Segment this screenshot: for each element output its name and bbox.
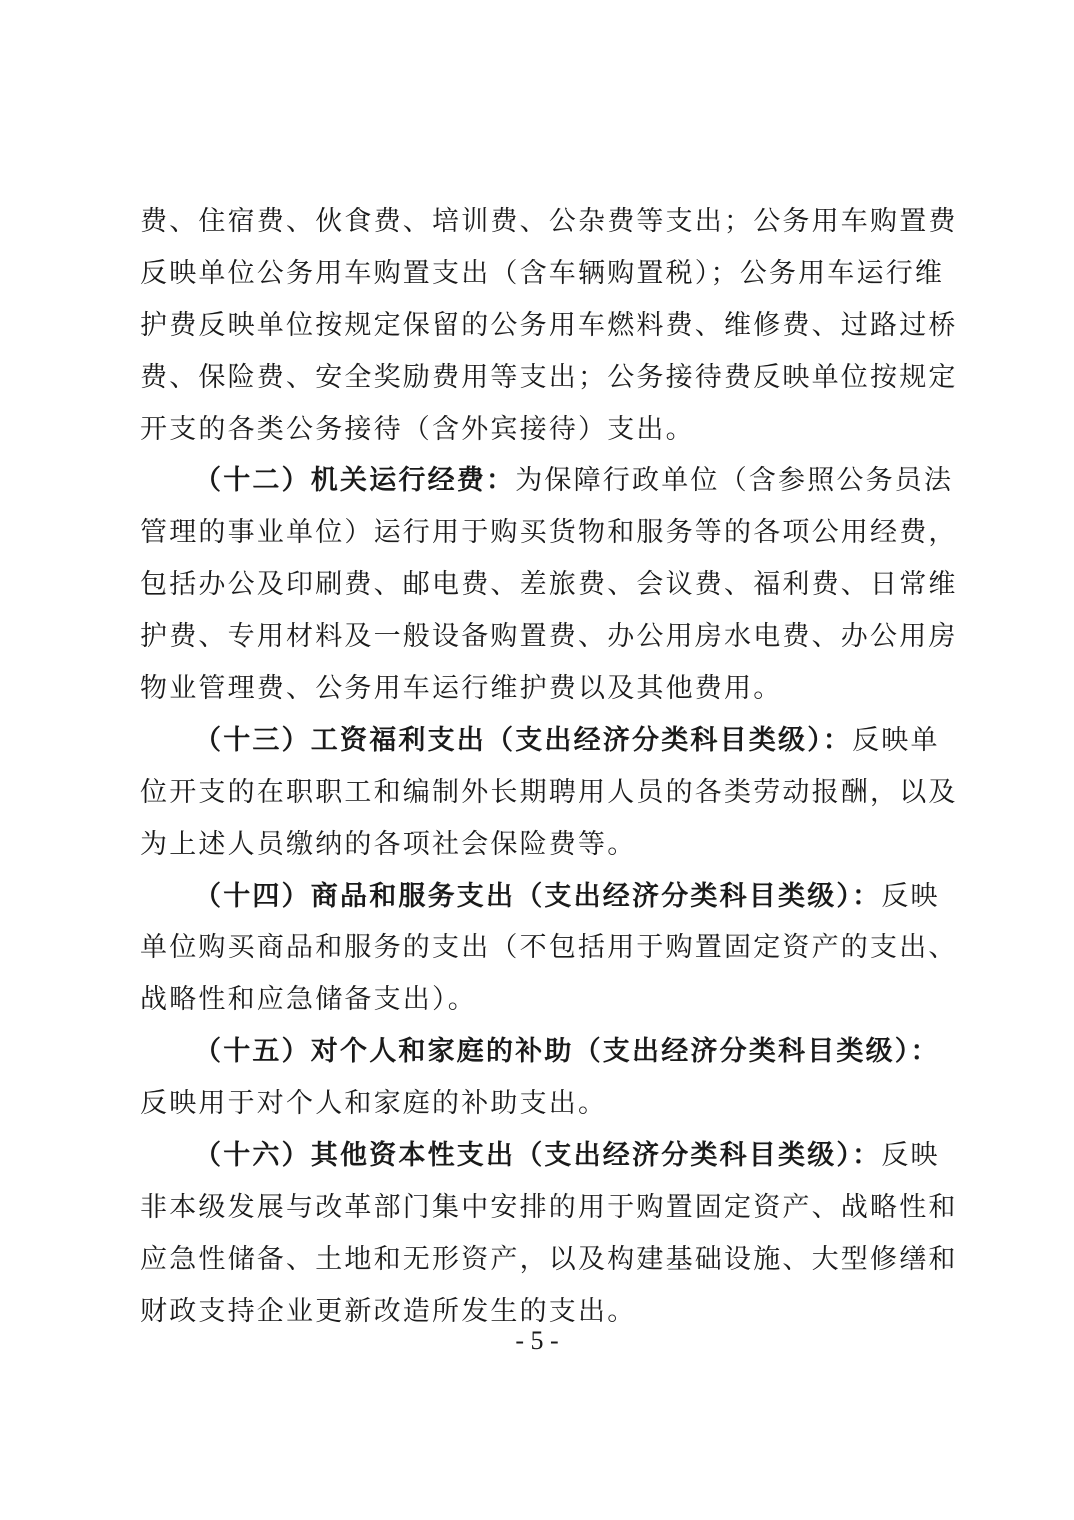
paragraph-13-wages-benefits: （十三）工资福利支出（支出经济分类科目类级）：反映单 位开支的在职职工和编制外长… bbox=[140, 715, 936, 871]
text-line: 物业管理费、公务用车运行维护费以及其他费用。 bbox=[140, 663, 936, 715]
text-span: 反映 bbox=[881, 881, 939, 912]
section-heading: （十五）对个人和家庭的补助（支出经济分类科目类级）： bbox=[194, 1036, 940, 1067]
text-span: 反映 bbox=[881, 1140, 939, 1171]
text-line: 单位购买商品和服务的支出（不包括用于购置固定资产的支出、 bbox=[140, 922, 936, 974]
section-heading: （十四）商品和服务支出（支出经济分类科目类级）： bbox=[194, 881, 881, 912]
page-number: - 5 - bbox=[0, 1326, 1074, 1356]
text-line: 包括办公及印刷费、邮电费、差旅费、会议费、福利费、日常维 bbox=[140, 559, 936, 611]
paragraph-continued: 费、住宿费、伙食费、培训费、公杂费等支出；公务用车购置费 反映单位公务用车购置支… bbox=[140, 196, 936, 455]
section-heading: （十三）工资福利支出（支出经济分类科目类级）： bbox=[194, 725, 852, 756]
text-span: 为保障行政单位（含参照公务员法 bbox=[515, 465, 953, 496]
text-line: 费、保险费、安全奖励费用等支出；公务接待费反映单位按规定 bbox=[140, 352, 936, 404]
paragraph-14-goods-services: （十四）商品和服务支出（支出经济分类科目类级）：反映 单位购买商品和服务的支出（… bbox=[140, 871, 936, 1027]
text-line: 非本级发展与改革部门集中安排的用于购置固定资产、战略性和 bbox=[140, 1182, 936, 1234]
paragraph-15-household-subsidies: （十五）对个人和家庭的补助（支出经济分类科目类级）： 反映用于对个人和家庭的补助… bbox=[140, 1026, 936, 1130]
text-line: 开支的各类公务接待（含外宾接待）支出。 bbox=[140, 404, 936, 456]
text-line: 管理的事业单位）运行用于购买货物和服务等的各项公用经费， bbox=[140, 507, 936, 559]
text-line: 反映用于对个人和家庭的补助支出。 bbox=[140, 1078, 936, 1130]
text-span: 反映单 bbox=[852, 725, 940, 756]
text-line: （十四）商品和服务支出（支出经济分类科目类级）：反映 bbox=[140, 871, 936, 923]
document-body: 费、住宿费、伙食费、培训费、公杂费等支出；公务用车购置费 反映单位公务用车购置支… bbox=[140, 196, 936, 1338]
text-line: 位开支的在职职工和编制外长期聘用人员的各类劳动报酬，以及 bbox=[140, 767, 936, 819]
text-line: （十二）机关运行经费：为保障行政单位（含参照公务员法 bbox=[140, 455, 936, 507]
text-line: （十六）其他资本性支出（支出经济分类科目类级）：反映 bbox=[140, 1130, 936, 1182]
text-line: 为上述人员缴纳的各项社会保险费等。 bbox=[140, 819, 936, 871]
section-heading: （十六）其他资本性支出（支出经济分类科目类级）： bbox=[194, 1140, 881, 1171]
text-line: 护费反映单位按规定保留的公务用车燃料费、维修费、过路过桥 bbox=[140, 300, 936, 352]
paragraph-12-office-operating-expenses: （十二）机关运行经费：为保障行政单位（含参照公务员法 管理的事业单位）运行用于购… bbox=[140, 455, 936, 714]
text-line: 反映单位公务用车购置支出（含车辆购置税）；公务用车运行维 bbox=[140, 248, 936, 300]
text-line: （十三）工资福利支出（支出经济分类科目类级）：反映单 bbox=[140, 715, 936, 767]
text-line: 费、住宿费、伙食费、培训费、公杂费等支出；公务用车购置费 bbox=[140, 196, 936, 248]
text-line: 战略性和应急储备支出）。 bbox=[140, 974, 936, 1026]
text-line: 应急性储备、土地和无形资产，以及构建基础设施、大型修缮和 bbox=[140, 1234, 936, 1286]
document-page: 费、住宿费、伙食费、培训费、公杂费等支出；公务用车购置费 反映单位公务用车购置支… bbox=[0, 0, 1074, 1520]
text-line: 护费、专用材料及一般设备购置费、办公用房水电费、办公用房 bbox=[140, 611, 936, 663]
paragraph-16-other-capital-expenditure: （十六）其他资本性支出（支出经济分类科目类级）：反映 非本级发展与改革部门集中安… bbox=[140, 1130, 936, 1338]
text-line: （十五）对个人和家庭的补助（支出经济分类科目类级）： bbox=[140, 1026, 936, 1078]
section-heading: （十二）机关运行经费： bbox=[194, 465, 515, 496]
